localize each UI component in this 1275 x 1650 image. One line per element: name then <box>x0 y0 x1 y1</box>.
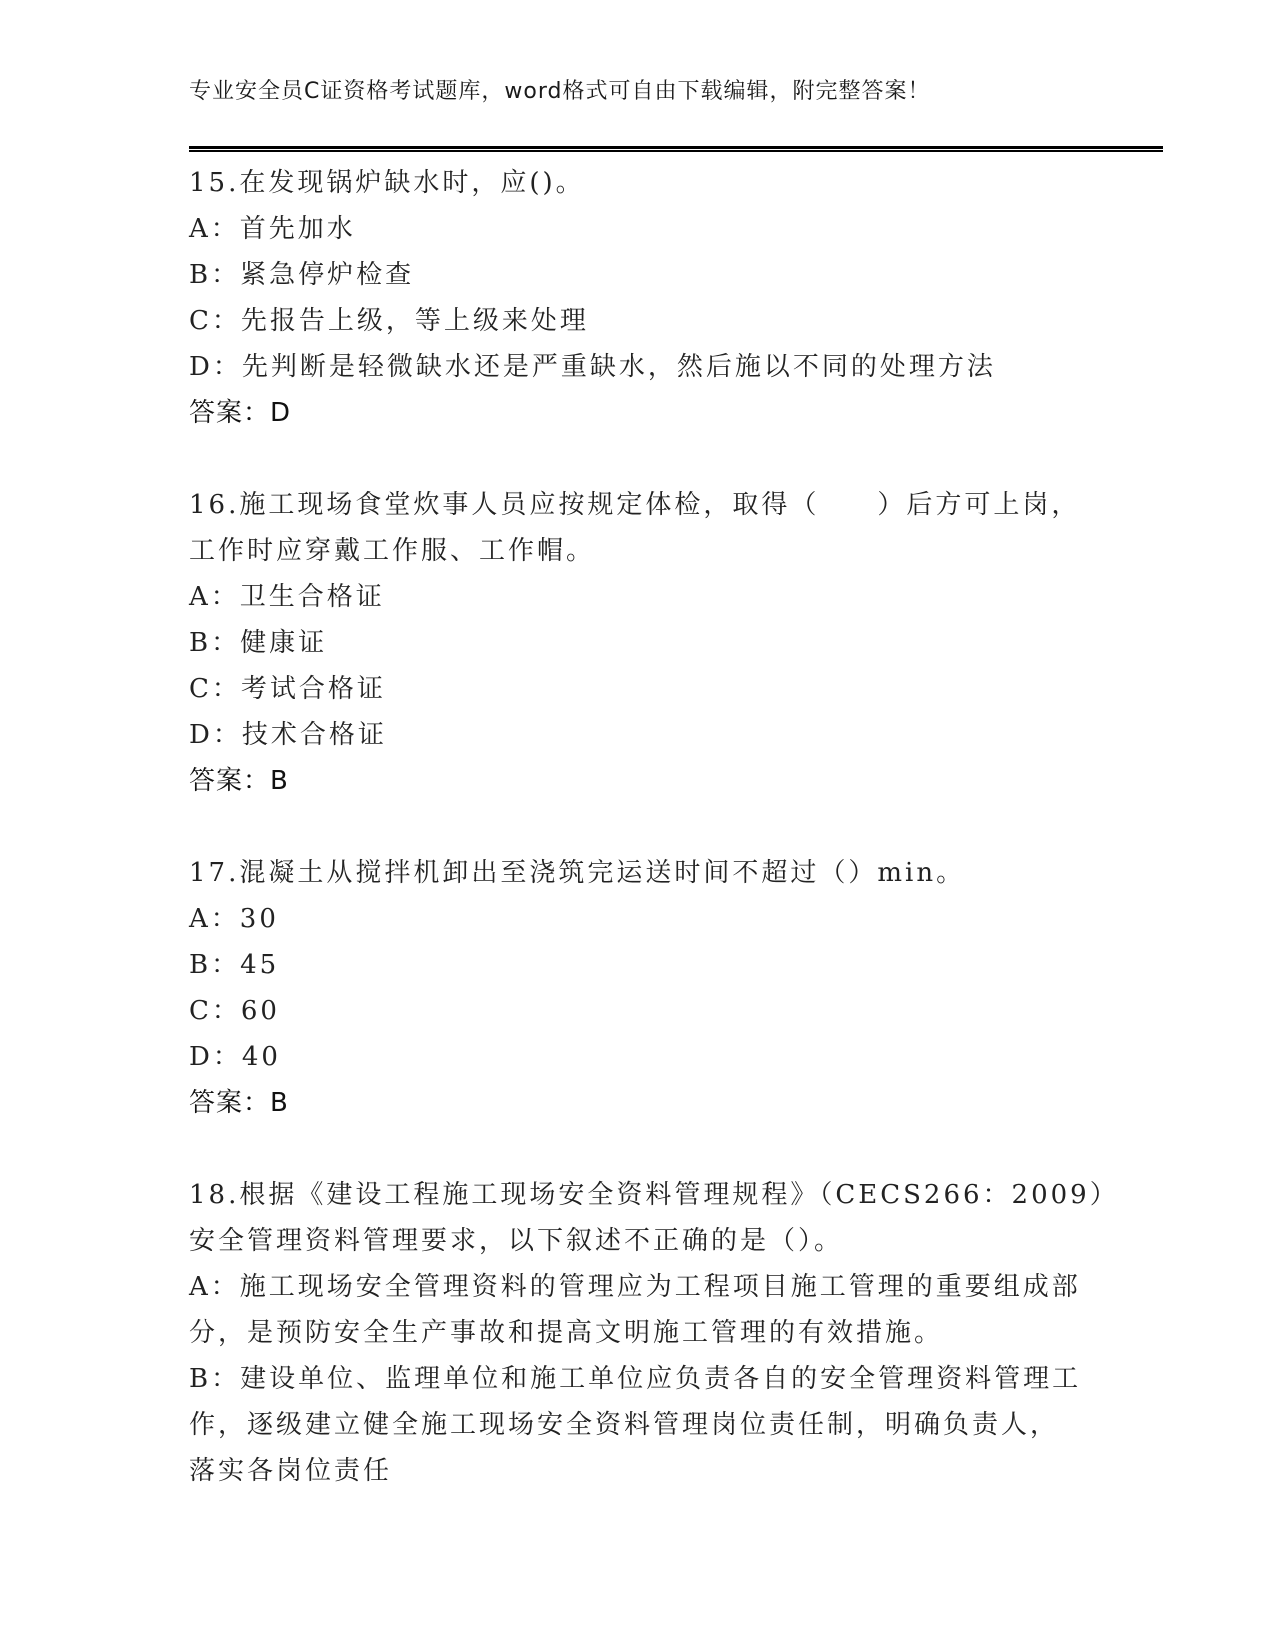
question-stem: 18.根据《建设工程施工现场安全资料管理规程》（CECS266：2009） <box>189 1172 1089 1218</box>
answer-label: 答案：B <box>189 1080 1089 1126</box>
question-18: 18.根据《建设工程施工现场安全资料管理规程》（CECS266：2009） 安全… <box>189 1172 1089 1494</box>
question-stem: 16.施工现场食堂炊事人员应按规定体检，取得（ ）后方可上岗， <box>189 482 1089 528</box>
option-c: C：先报告上级，等上级来处理 <box>189 298 1089 344</box>
question-stem: 15.在发现锅炉缺水时，应()。 <box>189 160 1089 206</box>
option-a: A：卫生合格证 <box>189 574 1089 620</box>
option-b: B：45 <box>189 942 1089 988</box>
option-b-cont: 作，逐级建立健全施工现场安全资料管理岗位责任制，明确负责人， <box>189 1402 1089 1448</box>
header-double-rule <box>189 146 1163 152</box>
option-b: B：健康证 <box>189 620 1089 666</box>
option-b-cont: 落实各岗位责任 <box>189 1448 1089 1494</box>
question-17: 17.混凝土从搅拌机卸出至浇筑完运送时间不超过（）min。 A：30 B：45 … <box>189 850 1089 1126</box>
answer-label: 答案：B <box>189 758 1089 804</box>
option-a: A：30 <box>189 896 1089 942</box>
option-a: A：首先加水 <box>189 206 1089 252</box>
question-16: 16.施工现场食堂炊事人员应按规定体检，取得（ ）后方可上岗， 工作时应穿戴工作… <box>189 482 1089 804</box>
question-stem: 17.混凝土从搅拌机卸出至浇筑完运送时间不超过（）min。 <box>189 850 1089 896</box>
question-stem-cont: 工作时应穿戴工作服、工作帽。 <box>189 528 1089 574</box>
option-b: B：建设单位、监理单位和施工单位应负责各自的安全管理资料管理工 <box>189 1356 1089 1402</box>
question-list: 15.在发现锅炉缺水时，应()。 A：首先加水 B：紧急停炉检查 C：先报告上级… <box>189 160 1089 1540</box>
option-c: C：考试合格证 <box>189 666 1089 712</box>
document-header: 专业安全员C证资格考试题库，word格式可自由下载编辑，附完整答案！ <box>189 74 930 105</box>
question-15: 15.在发现锅炉缺水时，应()。 A：首先加水 B：紧急停炉检查 C：先报告上级… <box>189 160 1089 436</box>
option-d: D：技术合格证 <box>189 712 1089 758</box>
option-a: A：施工现场安全管理资料的管理应为工程项目施工管理的重要组成部 <box>189 1264 1089 1310</box>
option-b: B：紧急停炉检查 <box>189 252 1089 298</box>
option-c: C：60 <box>189 988 1089 1034</box>
answer-label: 答案：D <box>189 390 1089 436</box>
option-d: D：先判断是轻微缺水还是严重缺水，然后施以不同的处理方法 <box>189 344 1089 390</box>
question-stem-cont: 安全管理资料管理要求，以下叙述不正确的是（）。 <box>189 1218 1089 1264</box>
option-a-cont: 分，是预防安全生产事故和提高文明施工管理的有效措施。 <box>189 1310 1089 1356</box>
option-d: D：40 <box>189 1034 1089 1080</box>
